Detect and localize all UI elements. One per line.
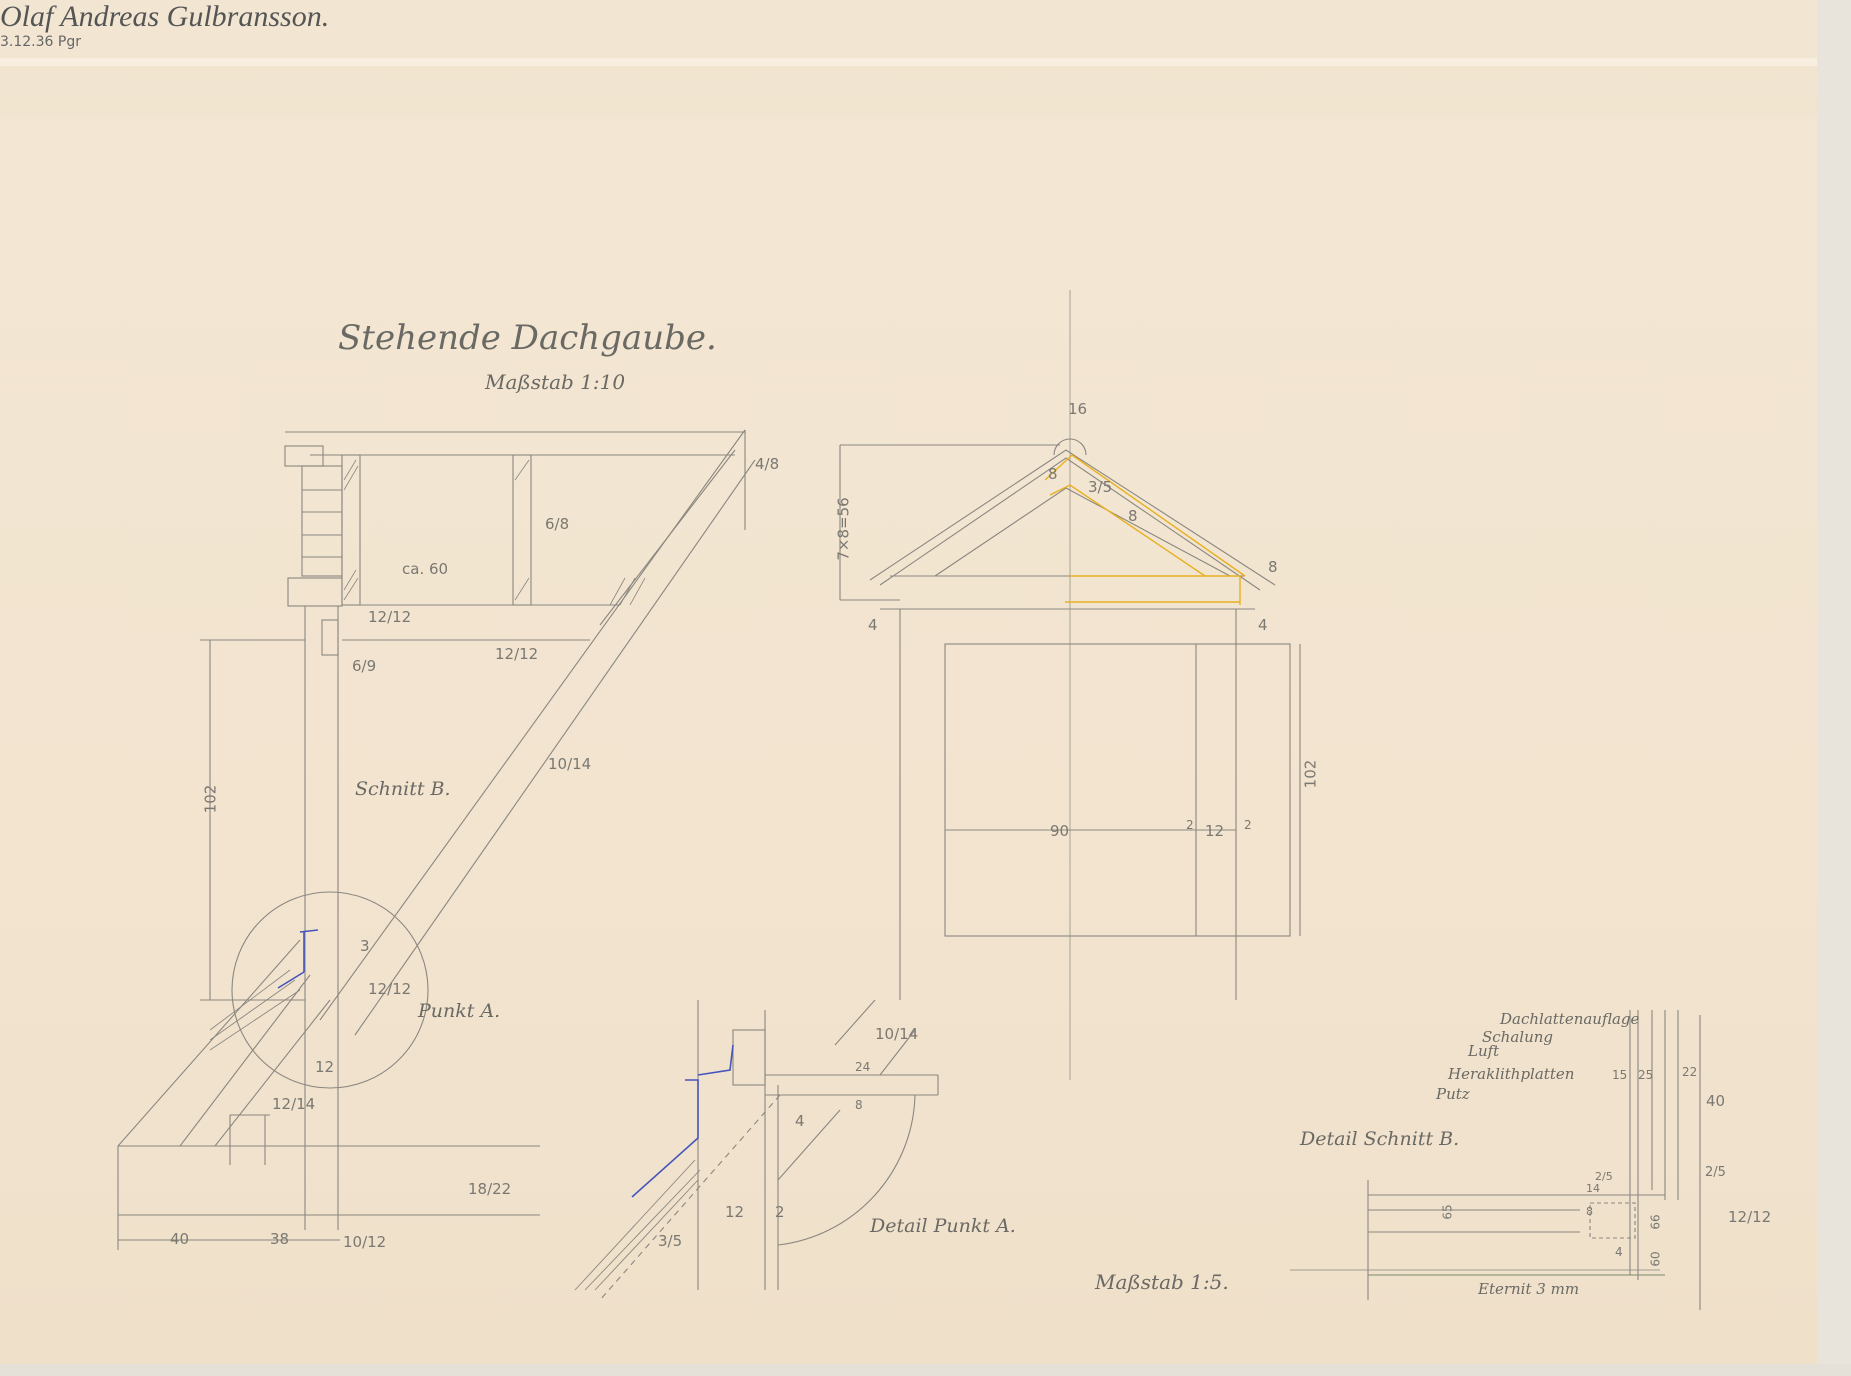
dim: 90	[1050, 822, 1069, 840]
dim: 8	[1048, 465, 1058, 483]
dim: 4	[1615, 1245, 1623, 1259]
dim: 18/22	[468, 1180, 511, 1198]
dim: 6/8	[545, 515, 569, 533]
dim: 12/12	[495, 645, 538, 663]
dim: 10/12	[343, 1233, 386, 1251]
dim: 2/5	[1705, 1165, 1726, 1180]
dim: 38	[270, 1230, 289, 1248]
dim: 16	[1068, 400, 1087, 418]
dim: 12	[315, 1058, 334, 1076]
drawing-title: Stehende Dachgaube.	[338, 318, 717, 358]
dim: 14	[1586, 1182, 1600, 1195]
scale-detail: Maßstab 1:5.	[1095, 1270, 1229, 1294]
dim: 3/5	[1088, 478, 1112, 496]
section-view	[118, 430, 755, 1250]
dim: 15	[1612, 1068, 1627, 1082]
dim: 40	[1706, 1092, 1725, 1110]
label-section-b: Schnitt B.	[355, 778, 451, 800]
dim: 8	[1586, 1205, 1593, 1218]
dim: 12	[1205, 822, 1224, 840]
dim: 2	[1186, 818, 1194, 832]
dim: 2	[775, 1203, 785, 1221]
label-point-a: Punkt A.	[418, 1000, 500, 1022]
technical-drawing	[0, 0, 1851, 1376]
scale-main: Maßstab 1:10	[485, 370, 625, 394]
dim: 12/12	[1728, 1208, 1771, 1226]
dim: 8	[1128, 507, 1138, 525]
dim: 10/14	[548, 755, 591, 773]
drawing-sheet: Stehende Dachgaube. Maßstab 1:10 Schnitt…	[0, 0, 1851, 1376]
dim: 8	[855, 1098, 863, 1112]
dim: 7×8=56	[835, 497, 853, 560]
dim: 24	[855, 1060, 870, 1074]
label-eternit: Eternit 3 mm	[1478, 1280, 1579, 1298]
layer-label: Luft	[1468, 1042, 1499, 1060]
dim: 2	[1244, 818, 1252, 832]
dim: 8	[1268, 558, 1278, 576]
dim: 3	[360, 937, 370, 955]
dim: 4	[868, 616, 878, 634]
dim: 102	[1301, 760, 1319, 789]
dim: 25	[1638, 1068, 1653, 1082]
dim: 10/14	[875, 1025, 918, 1043]
dim: 4/8	[755, 455, 779, 473]
layer-label: Dachlattenauflage	[1500, 1010, 1639, 1028]
detail-a-drawing	[575, 1000, 938, 1300]
dim: 102	[201, 785, 219, 814]
dim: 6/9	[352, 657, 376, 675]
layer-label: Heraklithplatten	[1448, 1065, 1574, 1083]
dim: ca. 60	[402, 560, 448, 578]
dim: 12/14	[272, 1095, 315, 1113]
layer-label: Putz	[1436, 1085, 1470, 1103]
dim: 40	[170, 1230, 189, 1248]
label-detail-b: Detail Schnitt B.	[1300, 1128, 1459, 1150]
dim: 4	[795, 1112, 805, 1130]
dim: 22	[1682, 1065, 1697, 1079]
dim: 66	[1649, 1214, 1663, 1229]
dim: 12/12	[368, 980, 411, 998]
dim: 4	[1258, 616, 1268, 634]
dim: 2/5	[1595, 1170, 1613, 1183]
dim: 12	[725, 1203, 744, 1221]
dim: 12/12	[368, 608, 411, 626]
dim: 60	[1649, 1251, 1663, 1266]
dim: 3/5	[658, 1232, 682, 1250]
dim: 65	[1441, 1204, 1455, 1219]
label-detail-a: Detail Punkt A.	[870, 1215, 1016, 1237]
